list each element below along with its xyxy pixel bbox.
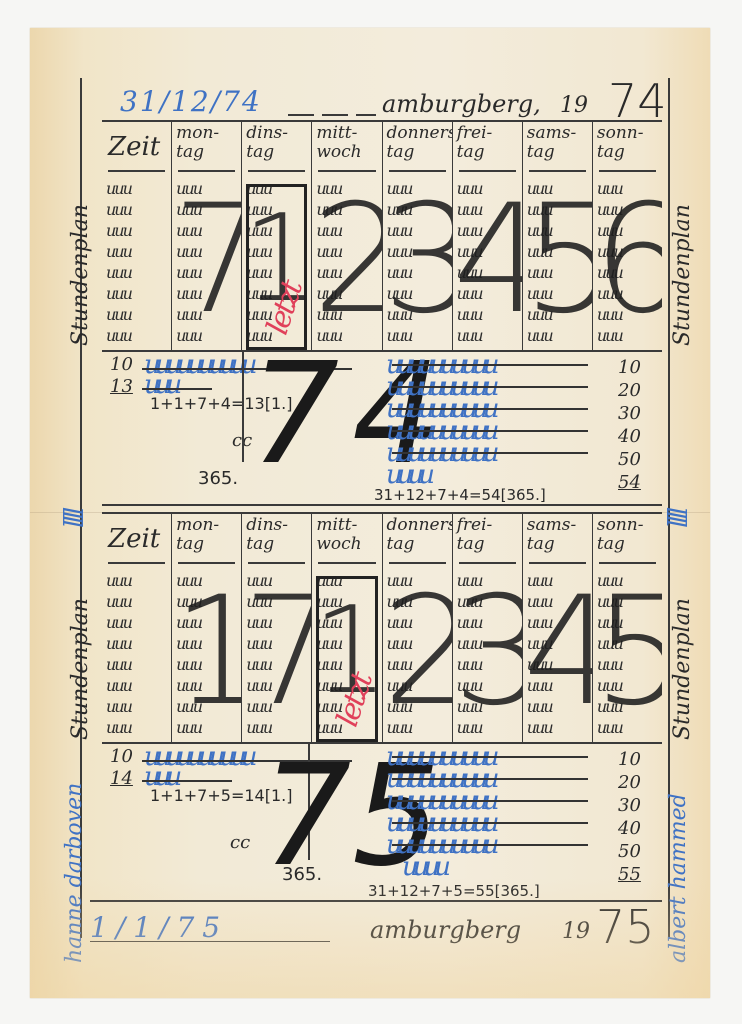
column-mittwoch: mitt-woch uuuuuuuuuuuuuuuuuuuuuuuu 1 let… [311,514,381,742]
top-place: amburgberg, [382,90,541,118]
left-number: 10 [110,354,133,375]
strike-line [392,430,588,432]
big-digit: 5 [593,562,662,742]
blue-scribble-right: llll [664,511,694,528]
sum-area-1975: 10 14 uuuuuuuuuu uuu 1+1+7+5=14[1.] cc 3… [102,742,662,892]
formula-right: 31+12+7+5=55[365.] [368,882,540,900]
column-header: donners-tag [383,514,452,566]
big-digit: 7 [242,562,311,742]
year-digit: 7 [262,742,351,892]
big-digit: 2 [383,562,452,742]
bottom-place: amburgberg [370,916,521,944]
big-digit: 7 [172,170,241,350]
year-digit: 7 [250,340,339,490]
signature-left: hanne darboven [62,783,87,963]
bottom-heading: 1/1/75 amburgberg 19 75 [90,912,670,946]
big-digit: 6 [593,170,662,350]
bottom-date: 1/1/75 [90,911,228,944]
column-header: sams-tag [523,122,592,174]
strike-line [392,778,588,780]
strike-line [142,780,232,782]
signature-right: albert hammed [666,793,691,963]
left-number: 14 [110,768,133,789]
column-sonntag: sonn-tag uuuuuuuuuuuuuuuuuuuuuuuu 5 [592,514,662,742]
scale-value: 54 [618,471,662,494]
column-header: sonn-tag [593,122,662,174]
scale-1975: 10 20 30 40 50 55 [618,748,662,886]
column-dinstag: dins-tag uuuuuuuuuuuuuuuuuuuuuuuu 1 letz… [241,122,311,350]
strike-line [392,452,588,454]
big-digit: 1 [172,562,241,742]
dash [322,114,348,116]
scale-value: 50 [618,840,662,863]
scribble-rows: uuuuuuuuuuuuuuuuuuuuuuuu [102,570,171,738]
scale-value: 30 [618,794,662,817]
scale-1974: 10 20 30 40 50 54 [618,356,662,494]
strike-line [392,822,588,824]
blue-scribble-left: llll [60,511,90,528]
strike-line [392,756,588,758]
column-header: frei-tag [453,514,522,566]
paper-sheet: 31/12/74 amburgberg, 19 74 Zeit uuuuuuuu… [30,28,710,998]
side-label-left-bottom: Stundenplan [68,598,93,740]
days-total: 365. [198,468,238,489]
big-digit: 2 [312,170,381,350]
strike-line [392,364,588,366]
left-number: 10 [110,746,133,767]
column-header: mon-tag [172,122,241,174]
column-header: frei-tag [453,122,522,174]
column-montag: mon-tag uuuuuuuuuuuuuuuuuuuuuuuu 7 [171,122,241,350]
scale-value: 50 [618,448,662,471]
column-header: dins-tag [242,514,311,566]
big-digit: 4 [523,562,592,742]
top-date: 31/12/74 [120,85,262,118]
sum-area-1974: 10 13 uuuuuuuuuu uuu 1+1+7+4=13[1.] cc 3… [102,350,662,500]
dash [90,941,330,943]
big-digit: 3 [453,562,522,742]
column-header: donners-tag [383,122,452,174]
scribble-rows: uuuuuuuuuuuuuuuuuuuuuuuu [102,178,171,346]
column-header: sams-tag [523,514,592,566]
scale-value: 40 [618,425,662,448]
column-zeit: Zeit uuuuuuuuuuuuuuuuuuuuuuuu [102,122,171,350]
week-grid-1974: Zeit uuuuuuuuuuuuuuuuuuuuuuuu mon-tag uu… [102,120,662,352]
column-montag: mon-tag uuuuuuuuuuuuuuuuuuuuuuuu 1 [171,514,241,742]
dash [288,114,314,116]
column-header: mon-tag [172,514,241,566]
column-freitag: frei-tag uuuuuuuuuuuuuuuuuuuuuuuu 4 [452,122,522,350]
section-divider [102,504,662,506]
column-freitag: frei-tag uuuuuuuuuuuuuuuuuuuuuuuu 3 [452,514,522,742]
column-donnerstag: donners-tag uuuuuuuuuuuuuuuuuuuuuuuu 2 [382,514,452,742]
top-heading: 31/12/74 amburgberg, 19 74 [120,86,670,120]
formula-right: 31+12+7+4=54[365.] [374,486,546,504]
arrow-line [242,350,244,462]
section-divider [90,900,662,902]
scale-value: 40 [618,817,662,840]
column-header: sonn-tag [593,514,662,566]
big-digit: 3 [383,170,452,350]
side-label-right-bottom: Stundenplan [670,598,695,740]
strike-line [392,844,588,846]
column-donnerstag: donners-tag uuuuuuuuuuuuuuuuuuuuuuuu 3 [382,122,452,350]
big-digit: 5 [523,170,592,350]
big-digit: 4 [453,170,522,350]
scale-value: 10 [618,748,662,771]
left-number: 13 [110,376,133,397]
column-zeit: Zeit uuuuuuuuuuuuuuuuuuuuuuuu [102,514,171,742]
dash [356,114,376,116]
column-samstag: sams-tag uuuuuuuuuuuuuuuuuuuuuuuu 4 [522,514,592,742]
column-header: dins-tag [242,122,311,174]
column-dinstag: dins-tag uuuuuuuuuuuuuuuuuuuuuuuu 7 [241,514,311,742]
scale-value: 20 [618,771,662,794]
column-mittwoch: mitt-woch uuuuuuuuuuuuuuuuuuuuuuuu 2 [311,122,381,350]
column-header: Zeit [102,514,171,566]
scale-value: 20 [618,379,662,402]
side-label-left-top: Stundenplan [68,204,93,346]
blue-scribble: uuuu [402,852,445,882]
scale-value: 10 [618,356,662,379]
week-grid-1975: Zeit uuuuuuuuuuuuuuuuuuuuuuuu mon-tag uu… [102,512,662,744]
scale-value: 30 [618,402,662,425]
strike-line [392,386,588,388]
column-header: Zeit [102,122,171,174]
side-label-right-top: Stundenplan [670,204,695,346]
bottom-year-big: 75 [596,900,655,954]
bottom-year-small: 19 [562,919,590,944]
column-sonntag: sonn-tag uuuuuuuuuuuuuuuuuuuuuuuu 6 [592,122,662,350]
strike-line [142,388,212,390]
column-samstag: sams-tag uuuuuuuuuuuuuuuuuuuuuuuu 5 [522,122,592,350]
strike-line [392,408,588,410]
column-header: mitt-woch [312,514,381,566]
scale-value: 55 [618,863,662,886]
strike-line [392,800,588,802]
cc-mark: cc [230,832,250,853]
top-year-small: 19 [560,93,588,118]
column-header: mitt-woch [312,122,381,174]
